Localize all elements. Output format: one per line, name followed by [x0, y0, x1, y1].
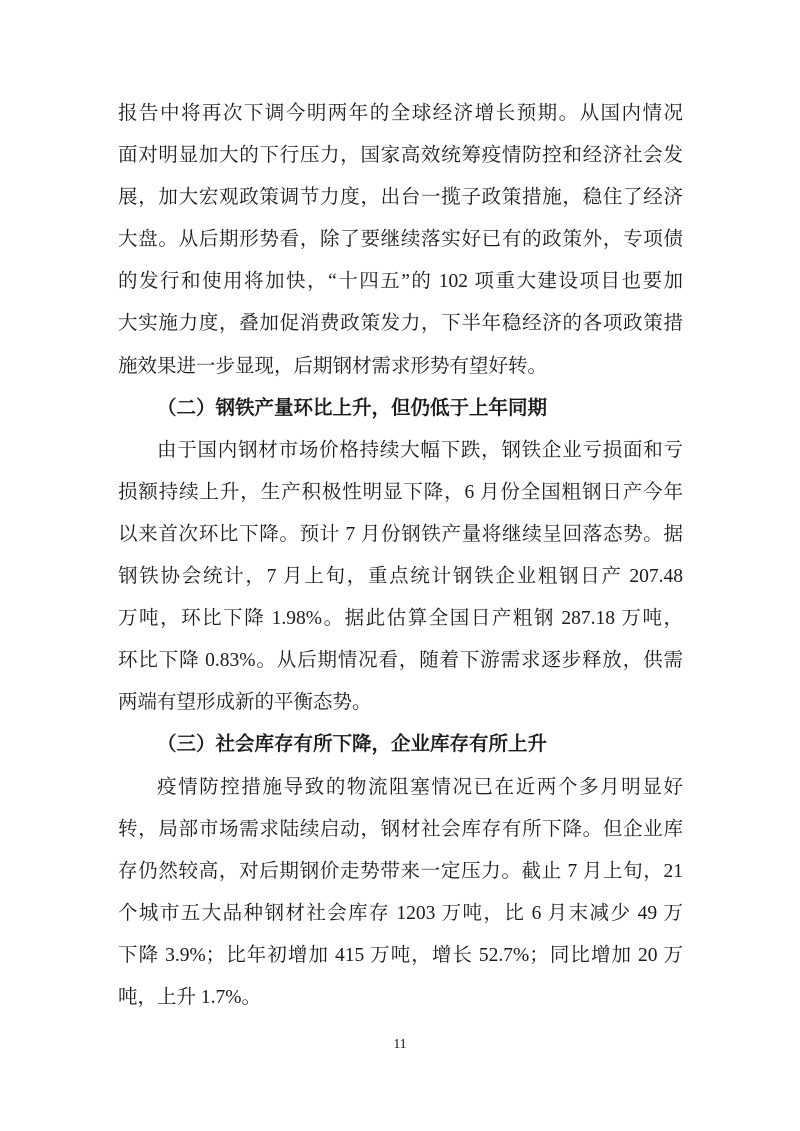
- text-line: 面对明显加大的下行压力，国家高效统筹疫情防控和经济社会发: [118, 135, 683, 177]
- text-line: 展，加大宏观政策调节力度，出台一揽子政策措施，稳住了经济: [118, 177, 683, 219]
- section-heading-2: （二）钢铁产量环比上升，但仍低于上年同期: [118, 388, 683, 430]
- text-line: 转，局部市场需求陆续启动，钢材社会库存有所下降。但企业库: [118, 809, 683, 851]
- text-line: 万吨，环比下降 1.98%。据此估算全国日产粗钢 287.18 万吨，: [118, 598, 683, 640]
- text-line: 疫情防控措施导致的物流阻塞情况已在近两个多月明显好: [118, 767, 683, 809]
- text-line: 存仍然较高，对后期钢价走势带来一定压力。截止 7 月上旬，21: [118, 851, 683, 893]
- document-page: 报告中将再次下调今明两年的全球经济增长预期。从国内情况看， 面对明显加大的下行压…: [0, 0, 800, 1131]
- text-line: 吨，上升 1.7%。: [118, 977, 683, 1019]
- text-line: 的发行和使用将加快，“十四五”的 102 项重大建设项目也要加: [118, 261, 683, 303]
- text-line: 下降 3.9%；比年初增加 415 万吨，增长 52.7%；同比增加 20 万: [118, 935, 683, 977]
- text-line: 两端有望形成新的平衡态势。: [118, 682, 683, 724]
- text-line: 由于国内钢材市场价格持续大幅下跌，钢铁企业亏损面和亏: [118, 430, 683, 472]
- page-number: 11: [0, 1035, 800, 1053]
- text-line: 环比下降 0.83%。从后期情况看，随着下游需求逐步释放，供需: [118, 640, 683, 682]
- text-line: 个城市五大品种钢材社会库存 1203 万吨，比 6 月末减少 49 万吨，: [118, 893, 683, 935]
- text-line: 大盘。从后期形势看，除了要继续落实好已有的政策外，专项债: [118, 219, 683, 261]
- text-line: 大实施力度，叠加促消费政策发力，下半年稳经济的各项政策措: [118, 303, 683, 345]
- text-line: 损额持续上升，生产积极性明显下降，6 月份全国粗钢日产今年: [118, 472, 683, 514]
- text-line: 钢铁协会统计，7 月上旬，重点统计钢铁企业粗钢日产 207.48: [118, 556, 683, 598]
- text-line: 以来首次环比下降。预计 7 月份钢铁产量将继续呈回落态势。据: [118, 514, 683, 556]
- text-line: 报告中将再次下调今明两年的全球经济增长预期。从国内情况看，: [118, 93, 683, 135]
- section-heading-3: （三）社会库存有所下降，企业库存有所上升: [118, 724, 683, 766]
- text-line: 施效果进一步显现，后期钢材需求形势有望好转。: [118, 346, 683, 388]
- document-body: 报告中将再次下调今明两年的全球经济增长预期。从国内情况看， 面对明显加大的下行压…: [118, 93, 683, 1019]
